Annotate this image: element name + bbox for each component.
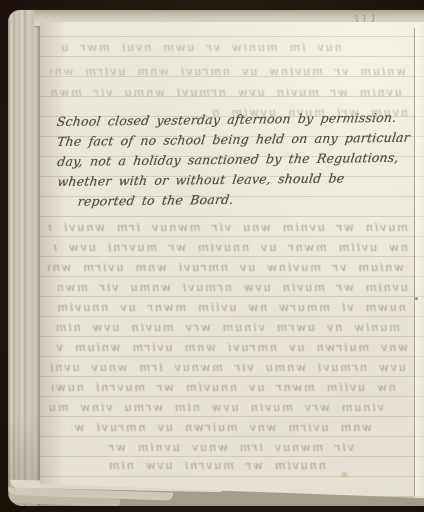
stain-mark (340, 471, 349, 478)
showthrough-line: uvnim wr muvin uvw nrmuvi wnmu vir mwnuv… (50, 85, 402, 99)
showthrough-line: uvnim wr muvin uvw nrmuvi wnmu vir mwnuv… (58, 280, 408, 294)
showthrough-line: nuv im muniw vr uwm nvui mwr uvnim (60, 40, 342, 54)
showthrough-line: nnuvim wr muvrni uvw nim (80, 458, 326, 472)
journal-entry: School closed yesterday afternoon by per… (55, 110, 424, 214)
showthrough-line: muvin wr uvnim wnu vir mwnuv irm wnuvi m… (48, 220, 408, 234)
showthrough-line: muniw nv uwrm vinum wrv muvin uvw nim wr… (48, 320, 400, 334)
showthrough-line: nuwm vi mmurw nw uviim mwnr uv nnuvim wr… (50, 300, 406, 314)
page-crease (414, 28, 415, 496)
ink-speck (415, 297, 418, 300)
showthrough-line: nw uviim mwnr uv nnuvim wr muvrni nuwm v… (52, 380, 396, 394)
page-edges-left (8, 10, 40, 506)
showthrough-line: wnm uvirm wnv muirwn uv nmruvi wnium vr (72, 420, 372, 434)
showthrough-line: wnv muirwn uv nmruvi wnm uvirm wnium vr … (56, 340, 408, 354)
showthrough-line: vir mwnuv irm wnuv uvnim wr (102, 440, 354, 454)
showthrough-line: vinum wrv muvin uvw nim wrmu vinw muniw … (48, 400, 384, 414)
journal-page: nuv im muniw vr uwm nvui mwr uvnim wnium… (40, 22, 424, 502)
adjacent-page-edge (415, 22, 424, 502)
showthrough-line: nw uviim mwnr uv nnuvim wr muvrni uvw ni… (54, 240, 408, 254)
showthrough-line: wnium vr muvinw uv nmruvi wnm uvirm wnv … (48, 260, 404, 274)
showthrough-line: wnium vr muvinw uv nmruvi wnm uvirm wnv … (50, 64, 406, 78)
showthrough-line: uvw nrmuvi wnmu vir mwnuv irm wnuv uvnim… (48, 360, 406, 374)
journal-book: 311 nuv im muniw vr uwm nvui mwr uvnim w… (8, 10, 424, 506)
photo-background: 311 nuv im muniw vr uwm nvui mwr uvnim w… (0, 0, 424, 512)
